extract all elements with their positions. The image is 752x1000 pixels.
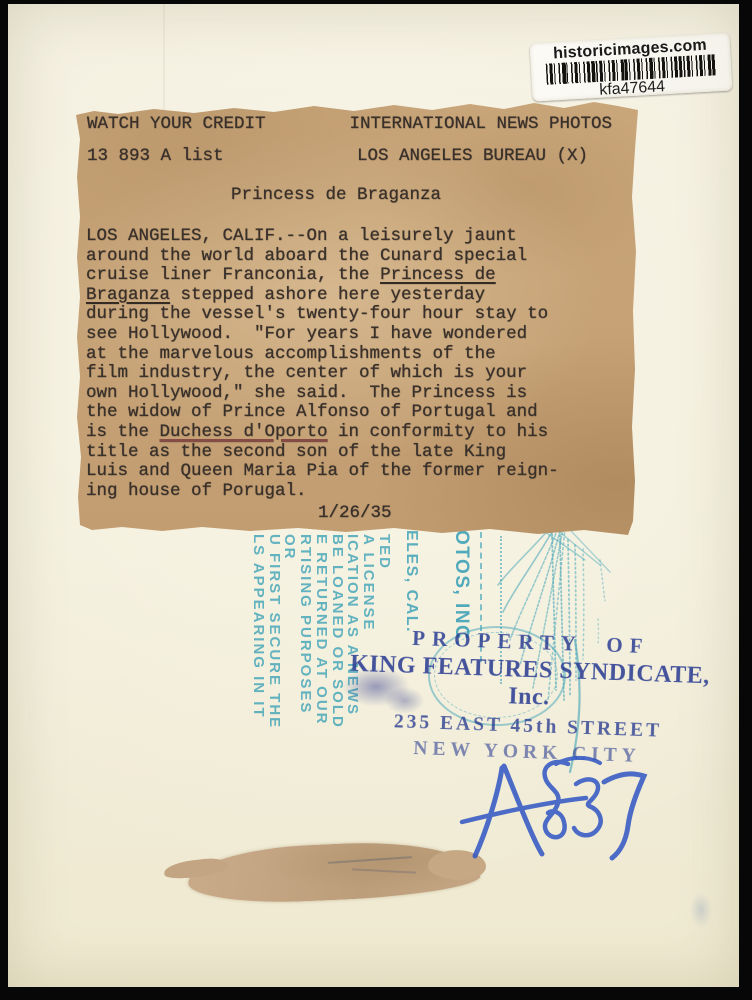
ink-smudge (686, 886, 716, 934)
caption-title: Princess de Braganza (76, 185, 638, 205)
caption-body-line: see Hollywood. "For years I have wondere… (86, 325, 559, 345)
caption-body-line: title as the second son of the late King (86, 443, 559, 463)
photo-back: historicimages.com kfa47644 TEDA LICENSE… (8, 4, 739, 987)
caption-body-line: ing house of Porugal. (86, 482, 559, 502)
caption-body-line: around the world aboard the Cunard speci… (86, 247, 559, 267)
inp-stamp-condition-line: E RETURNED AT OUR (313, 534, 329, 734)
handwriting-a837: A-837 (458, 754, 688, 884)
bureau-label: LOS ANGELES BUREAU (X) (357, 146, 588, 166)
caption-body-line: at the marvelous accomplishments of the (86, 345, 559, 365)
scan-page: { "sticker": { "site": "historicimages.c… (0, 0, 752, 1000)
inp-stamp-condition-line: LS APPEARING IN IT (250, 534, 266, 734)
handwriting-strokes (458, 754, 688, 879)
caption-body-line: during the vessel's twenty-four hour sta… (86, 305, 559, 325)
caption-body-line: is the Duchess d'Oporto in conformity to… (86, 423, 559, 443)
inp-stamp-condition-line: U FIRST SECURE THE (266, 534, 282, 734)
caption-body: LOS ANGELES, CALIF.--On a leisurely jaun… (86, 227, 559, 501)
barcode-sticker: historicimages.com kfa47644 (530, 32, 733, 101)
credit-right-label: INTERNATIONAL NEWS PHOTOS (349, 114, 612, 134)
credit-line: WATCH YOUR CREDIT INTERNATIONAL NEWS PHO… (76, 114, 638, 134)
credit-left-label: WATCH YOUR CREDIT (87, 114, 266, 134)
caption-body-line: Braganza stepped ashore here yesterday (86, 286, 559, 306)
inp-stamp-condition-line: RTISING PURPOSES OR (282, 534, 314, 734)
caption-body-line: film industry, the center of which is yo… (86, 364, 559, 384)
caption-body-line: Luis and Queen Maria Pia of the former r… (86, 462, 559, 482)
caption-date: 1/26/35 (318, 503, 392, 523)
caption-body-line: the widow of Prince Alfonso of Portugal … (86, 403, 559, 423)
caption-body-line: own Hollywood," she said. The Princess i… (86, 384, 559, 404)
caption-body-line: LOS ANGELES, CALIF.--On a leisurely jaun… (86, 227, 559, 247)
caption-paper: WATCH YOUR CREDIT INTERNATIONAL NEWS PHO… (76, 101, 638, 535)
bureau-line: 13 893 A list LOS ANGELES BUREAU (X) (76, 146, 638, 166)
ink-overlap-splotch (338, 662, 433, 717)
caption-number-label: 13 893 A list (87, 146, 224, 166)
caption-body-line: cruise liner Franconia, the Princess de (86, 266, 559, 286)
